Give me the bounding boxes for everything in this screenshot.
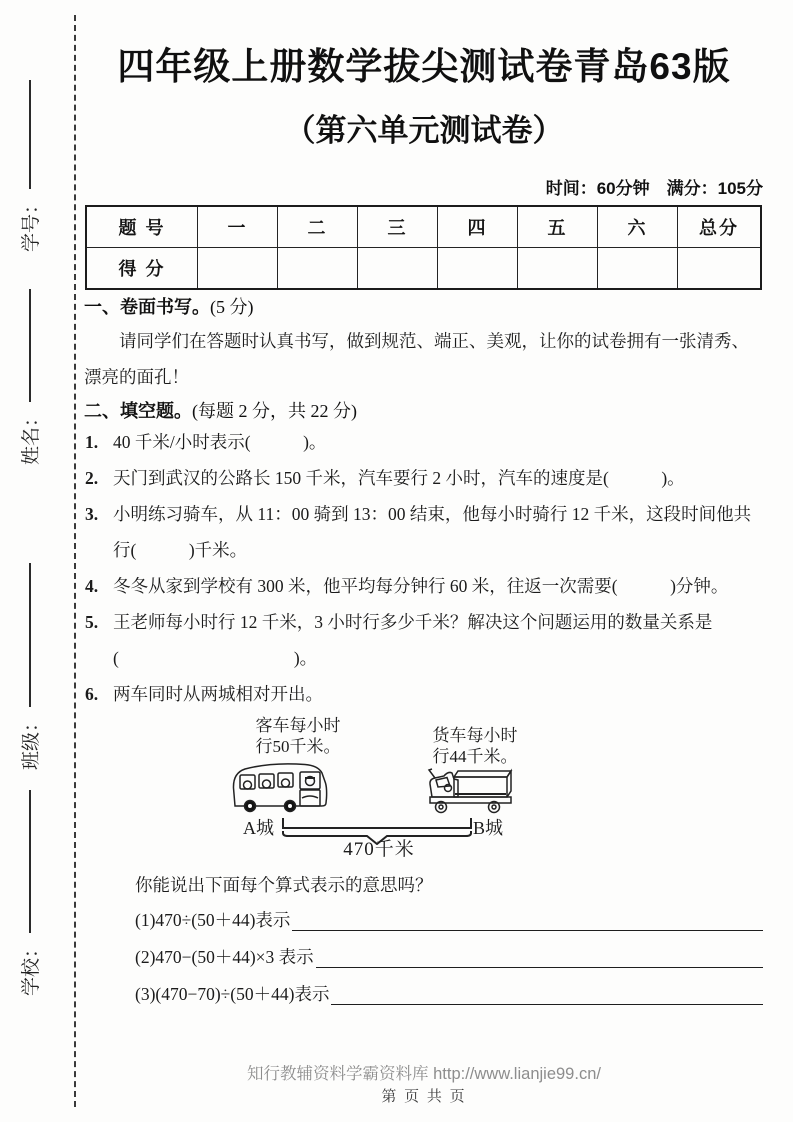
expression-text: (1)470÷(50＋44)表示 <box>135 902 290 939</box>
distance-label: 470千米 <box>321 834 437 861</box>
student-id-field: 学号： <box>16 80 42 252</box>
bus-speed-label-line1: 客车每小时 <box>213 715 383 736</box>
question-text: 两车同时从两城相对开出。 <box>113 676 763 712</box>
score-cell <box>278 248 358 290</box>
score-cell <box>358 248 438 290</box>
bus-illustration <box>229 757 333 815</box>
question-1: 1. 40 千米/小时表示( )。 <box>85 424 763 460</box>
score-cell <box>518 248 598 290</box>
score-cell <box>678 248 762 290</box>
class-field: 班级： <box>16 563 42 770</box>
question-5: 5. 王老师每小时行 12 千米，3 小时行多少千米？解决这个问题运用的数量关系… <box>85 604 763 676</box>
truck-speed-label: 货车每小时 行44千米。 <box>395 725 555 767</box>
question-number: 3. <box>85 496 113 568</box>
expression-item-2: (2)470−(50＋44)×3 表示 <box>135 939 763 976</box>
expression-item-3: (3)(470−70)÷(50＋44)表示 <box>135 976 763 1013</box>
score-table-score-row: 得 分 <box>86 248 761 290</box>
question-number: 6. <box>85 676 113 712</box>
question-6: 6. 两车同时从两城相对开出。 <box>85 676 763 712</box>
expression-item-1: (1)470÷(50＋44)表示 <box>135 902 763 939</box>
question-number: 2. <box>85 460 113 496</box>
expression-text: (2)470−(50＋44)×3 表示 <box>135 939 314 976</box>
score-table-header-row: 题 号 一 二 三 四 五 六 总分 <box>86 206 761 248</box>
student-id-blank-line <box>28 80 31 189</box>
city-b-label: B城 <box>473 814 503 840</box>
score-table: 题 号 一 二 三 四 五 六 总分 得 分 <box>85 205 762 290</box>
question-6-detail: 客车每小时 行50千米。 货车每小时 行44千米。 <box>113 712 763 1013</box>
binding-dashed-line <box>74 15 76 1107</box>
answer-line <box>292 930 763 931</box>
city-a-label: A城 <box>243 814 274 840</box>
section-one-heading: 一、卷面书写。(5 分) <box>84 293 254 319</box>
col-two: 二 <box>278 206 358 248</box>
bus-speed-label: 客车每小时 行50千米。 <box>213 715 383 757</box>
student-name-field: 姓名： <box>16 289 42 465</box>
time-score-info: 时间：60分钟 满分：105分 <box>85 174 763 199</box>
score-cell <box>438 248 518 290</box>
footer-source: 知行教辅资料学霸资料库 http://www.lianjie99.cn/ <box>85 1060 763 1084</box>
class-blank-line <box>28 563 31 707</box>
question-number: 4. <box>85 568 113 604</box>
expression-text: (3)(470−70)÷(50＋44)表示 <box>135 976 329 1013</box>
col-total: 总分 <box>678 206 762 248</box>
section-one-title: 一、卷面书写。 <box>84 297 210 317</box>
question-3: 3. 小明练习骑车，从 11：00 骑到 13：00 结束，他每小时骑行 12 … <box>85 496 763 568</box>
col-one: 一 <box>198 206 278 248</box>
score-cell <box>598 248 678 290</box>
class-label: 班级： <box>16 713 43 770</box>
question-4: 4. 冬冬从家到学校有 300 米，他平均每分钟行 60 米，往返一次需要( )… <box>85 568 763 604</box>
student-name-label: 姓名： <box>16 408 43 465</box>
col-three: 三 <box>358 206 438 248</box>
school-label: 学校： <box>16 939 43 996</box>
exam-paper-page: 学号： 姓名： 班级： 学校： 四年级上册数学拔尖测试卷青岛63版 （第六单元测… <box>0 0 793 1122</box>
question-text: 王老师每小时行 12 千米，3 小时行多少千米？解决这个问题运用的数量关系是( … <box>113 604 763 676</box>
truck-speed-label-line2: 行44千米。 <box>395 746 555 767</box>
question-2: 2. 天门到武汉的公路长 150 千米，汽车要行 2 小时，汽车的速度是( )。 <box>85 460 763 496</box>
col-four: 四 <box>438 206 518 248</box>
section-two-heading: 二、填空题。(每题 2 分，共 22 分) <box>84 397 357 423</box>
question-text: 天门到武汉的公路长 150 千米，汽车要行 2 小时，汽车的速度是( )。 <box>113 460 763 496</box>
two-cities-diagram: 客车每小时 行50千米。 货车每小时 行44千米。 <box>205 712 537 862</box>
paper-title: 四年级上册数学拔尖测试卷青岛63版 <box>85 36 763 90</box>
col-five: 五 <box>518 206 598 248</box>
answer-line <box>331 1004 763 1005</box>
section-two-points: (每题 2 分，共 22 分) <box>192 401 357 421</box>
question-text: 小明练习骑车，从 11：00 骑到 13：00 结束，他每小时骑行 12 千米，… <box>113 496 763 568</box>
handwriting-instruction: 请同学们在答题时认真书写，做到规范、端正、美观，让你的试卷拥有一张清秀、漂亮的面… <box>84 323 764 395</box>
truck-speed-label-line1: 货车每小时 <box>395 725 555 746</box>
section-one-points: (5 分) <box>210 297 254 317</box>
question-number: 1. <box>85 424 113 460</box>
question-text: 冬冬从家到学校有 300 米，他平均每分钟行 60 米，往返一次需要( )分钟。 <box>113 568 763 604</box>
col-six: 六 <box>598 206 678 248</box>
truck-illustration <box>415 766 513 815</box>
student-name-blank-line <box>28 289 31 402</box>
question-number-header: 题 号 <box>86 206 198 248</box>
footer-page-number: 第 页 共 页 <box>85 1085 763 1106</box>
question-text: 40 千米/小时表示( )。 <box>113 424 763 460</box>
expression-lead: 你能说出下面每个算式表示的意思吗？ <box>135 868 763 902</box>
section-two-title: 二、填空题。 <box>84 401 192 421</box>
bus-speed-label-line2: 行50千米。 <box>213 736 383 757</box>
fill-in-questions: 1. 40 千米/小时表示( )。 2. 天门到武汉的公路长 150 千米，汽车… <box>85 424 763 1013</box>
score-row-header: 得 分 <box>86 248 198 290</box>
school-blank-line <box>28 790 31 933</box>
paper-subtitle: （第六单元测试卷） <box>85 105 763 150</box>
question-number: 5. <box>85 604 113 676</box>
answer-line <box>316 967 763 968</box>
student-id-label: 学号： <box>16 195 43 252</box>
school-field: 学校： <box>16 790 42 996</box>
score-cell <box>198 248 278 290</box>
